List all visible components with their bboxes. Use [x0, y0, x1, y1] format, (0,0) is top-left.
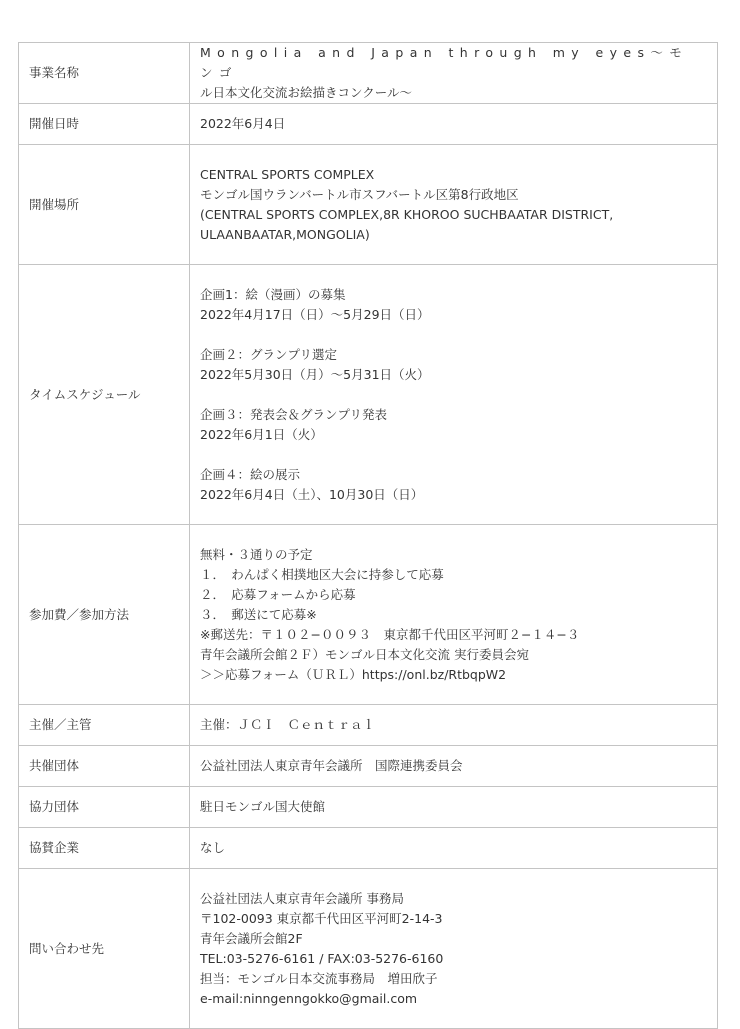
value-time-schedule: 企画1：絵（漫画）の募集 2022年4月17日（日）～5月29日（日） 企画２：…: [190, 265, 718, 525]
event-info-table: 事業名称 Mongolia and Japan through my eyes～…: [18, 42, 718, 1029]
spacer: [200, 445, 707, 465]
value-event-date: 2022年6月4日: [190, 104, 718, 145]
fee-line: 青年会議所会館２Ｆ）モンゴル日本文化交流 実行委員会宛: [200, 645, 707, 665]
schedule-item-period: 2022年6月4日（土）、10月30日（日）: [200, 485, 707, 505]
value-cooperation: 駐日モンゴル国大使館: [190, 787, 718, 828]
schedule-item-period: 2022年6月1日（火）: [200, 425, 707, 445]
label-sponsor: 協賛企業: [19, 828, 190, 869]
spacer: [200, 325, 707, 345]
schedule-item-title: 企画４：絵の展示: [200, 465, 707, 485]
label-event-name: 事業名称: [19, 43, 190, 104]
row-fee-and-method: 参加費／参加方法 無料・３通りの予定 １． わんぱく相撲地区大会に持参して応募 …: [19, 525, 718, 705]
label-venue: 開催場所: [19, 145, 190, 265]
contact-email[interactable]: e-mail:ninngenngokko@gmail.com: [200, 989, 707, 1009]
schedule-item-period: 2022年4月17日（日）～5月29日（日）: [200, 305, 707, 325]
row-host: 主催／主管 主催：ＪＣＩ Ｃｅｎｔｒａｌ: [19, 705, 718, 746]
value-venue: CENTRAL SPORTS COMPLEX モンゴル国ウランバートル市スフバー…: [190, 145, 718, 265]
label-cooperation: 協力団体: [19, 787, 190, 828]
label-cohost: 共催団体: [19, 746, 190, 787]
contact-line: 公益社団法人東京青年会議所 事務局: [200, 889, 707, 909]
value-cohost: 公益社団法人東京青年会議所 国際連携委員会: [190, 746, 718, 787]
schedule-item: 企画1：絵（漫画）の募集 2022年4月17日（日）～5月29日（日）: [200, 285, 707, 325]
row-contact: 問い合わせ先 公益社団法人東京青年会議所 事務局 〒102-0093 東京都千代…: [19, 869, 718, 1029]
row-sponsor: 協賛企業 なし: [19, 828, 718, 869]
schedule-item: 企画４：絵の展示 2022年6月4日（土）、10月30日（日）: [200, 465, 707, 505]
schedule-item-title: 企画２：グランプリ選定: [200, 345, 707, 365]
row-cooperation: 協力団体 駐日モンゴル国大使館: [19, 787, 718, 828]
spacer: [200, 385, 707, 405]
fee-line: １． わんぱく相撲地区大会に持参して応募: [200, 565, 707, 585]
value-event-name: Mongolia and Japan through my eyes～モンゴ ル…: [190, 43, 718, 104]
row-event-date: 開催日時 2022年6月4日: [19, 104, 718, 145]
fee-line: ３． 郵送にて応募※: [200, 605, 707, 625]
venue-line: ULAANBAATAR,MONGOLIA): [200, 225, 707, 245]
venue-line: CENTRAL SPORTS COMPLEX: [200, 165, 707, 185]
application-form-link[interactable]: ＞＞応募フォーム（ＵＲＬ）https://onl.bz/RtbqpW2: [200, 665, 707, 685]
schedule-item: 企画２：グランプリ選定 2022年5月30日（月）～5月31日（火）: [200, 345, 707, 385]
fee-line: 無料・３通りの予定: [200, 545, 707, 565]
value-contact: 公益社団法人東京青年会議所 事務局 〒102-0093 東京都千代田区平河町2-…: [190, 869, 718, 1029]
fee-line: ２． 応募フォームから応募: [200, 585, 707, 605]
event-name-line-1: Mongolia and Japan through my eyes～モンゴ: [200, 43, 707, 83]
label-contact: 問い合わせ先: [19, 869, 190, 1029]
row-venue: 開催場所 CENTRAL SPORTS COMPLEX モンゴル国ウランバートル…: [19, 145, 718, 265]
value-sponsor: なし: [190, 828, 718, 869]
schedule-item-title: 企画３：発表会＆グランプリ発表: [200, 405, 707, 425]
contact-line: 担当：モンゴル日本交流事務局 増田欣子: [200, 969, 707, 989]
contact-line: 青年会議所会館2F: [200, 929, 707, 949]
contact-line: 〒102-0093 東京都千代田区平河町2-14-3: [200, 909, 707, 929]
fee-line: ※郵送先：〒１０２−００９３ 東京都千代田区平河町２−１４−３: [200, 625, 707, 645]
value-fee-and-method: 無料・３通りの予定 １． わんぱく相撲地区大会に持参して応募 ２． 応募フォーム…: [190, 525, 718, 705]
contact-phone-fax: TEL:03-5276-6161 / FAX:03-5276-6160: [200, 949, 707, 969]
label-event-date: 開催日時: [19, 104, 190, 145]
row-time-schedule: タイムスケジュール 企画1：絵（漫画）の募集 2022年4月17日（日）～5月2…: [19, 265, 718, 525]
label-fee-and-method: 参加費／参加方法: [19, 525, 190, 705]
label-time-schedule: タイムスケジュール: [19, 265, 190, 525]
value-host: 主催：ＪＣＩ Ｃｅｎｔｒａｌ: [190, 705, 718, 746]
label-host: 主催／主管: [19, 705, 190, 746]
event-name-line-2: ル日本文化交流お絵描きコンクール～: [200, 83, 707, 103]
row-cohost: 共催団体 公益社団法人東京青年会議所 国際連携委員会: [19, 746, 718, 787]
schedule-item: 企画３：発表会＆グランプリ発表 2022年6月1日（火）: [200, 405, 707, 445]
venue-line: モンゴル国ウランバートル市スフバートル区第8行政地区: [200, 185, 707, 205]
schedule-item-title: 企画1：絵（漫画）の募集: [200, 285, 707, 305]
row-event-name: 事業名称 Mongolia and Japan through my eyes～…: [19, 43, 718, 104]
schedule-item-period: 2022年5月30日（月）～5月31日（火）: [200, 365, 707, 385]
venue-line: (CENTRAL SPORTS COMPLEX,8R KHOROO SUCHBA…: [200, 205, 707, 225]
